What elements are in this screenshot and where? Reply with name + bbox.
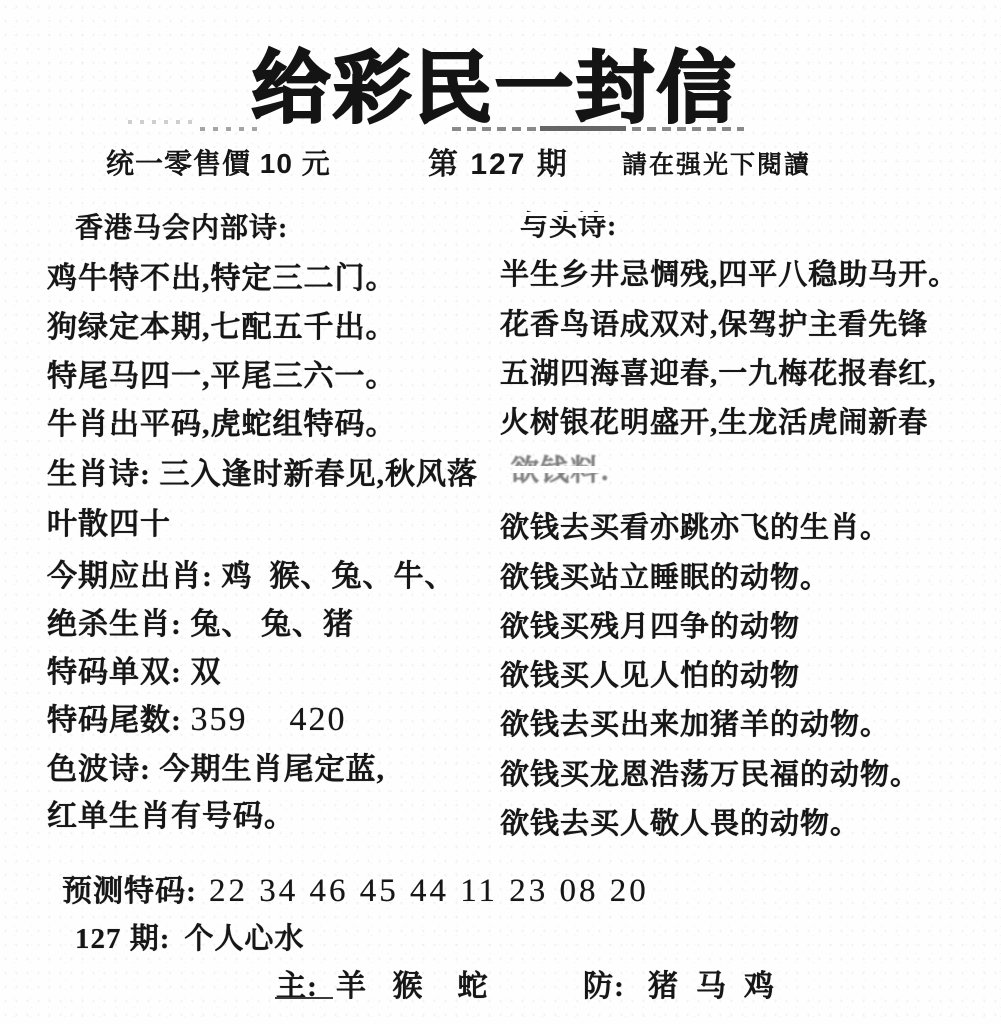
tail-number-line: 特码尾数: 359 420 [47,695,347,739]
zodiac-poem-line: 叶散四十 [47,499,171,543]
scan-smudge-artifact [200,127,258,131]
tail-numbers: 359 420 [191,701,347,738]
prediction-label: 预测特码: [62,875,197,908]
zodiac-poem-line: 生肖诗: 三入逢时新春见,秋风落 [47,449,478,493]
reading-notice: 請在强光下閱讀 [622,145,811,181]
expected-zodiac-line: 今期应出肖: 鸡 猴、兔、牛、 [47,551,456,595]
personal-pick-line: 127 期:个人心水 [75,916,304,957]
poem-line: 半生乡井忌惆残,四平八稳助马开。 [500,252,958,293]
guard-zodiac-value: 猪 马 鸡 [648,961,775,1005]
issue-number: 第 127 期 [428,139,569,183]
money-poem-line: 欲钱买站立睡眠的动物。 [500,555,830,596]
poem-line: 鸡牛特不出,特定三二门。 [47,253,397,297]
poem-line: 五湖四海喜迎春,一九梅花报春红, [500,351,937,392]
issue-label: 127 期: [75,923,170,955]
money-poem-line: 欲钱买龙恩浩荡万民福的动物。 [500,752,920,793]
color-wave-line: 色波诗: 今期生肖尾定蓝, [47,744,385,788]
odd-even-line: 特码单双: 双 [47,647,222,691]
right-column-header: 与头诗: [520,204,617,244]
poem-line: 花香鸟语成双对,保驾护主看先锋 [500,302,928,343]
price-label: 统一零售價 10 元 [106,142,331,182]
left-column-header: 香港马会内部诗: [75,206,288,246]
guard-zodiac-label: 防: [583,961,625,1005]
tail-label: 特码尾数: [47,704,191,737]
footer-underline-artifact [275,997,333,999]
main-zodiac-value: 羊 猴 蛇 [336,961,489,1005]
scan-smudge-artifact [128,120,200,124]
poem-line: 火树银花明盛开,生龙活虎闹新春 [500,400,928,441]
poem-line: 狗绿定本期,七配五千出。 [47,302,397,346]
page: 给彩民一封信 统一零售價 10 元 第 127 期 請在强光下閱讀 香港马会内部… [0,0,1001,1024]
money-poem-line: 欲钱买人见人怕的动物 [500,653,800,694]
faded-section-header: 欲钱料: [510,448,611,489]
money-poem-line: 欲钱去买看亦跳亦飞的生肖。 [500,505,890,546]
poem-line: 牛肖出平码,虎蛇组特码。 [47,399,397,443]
money-poem-line: 欲钱去买出来加猪羊的动物。 [500,702,890,743]
money-poem-line: 欲钱买残月四争的动物 [500,604,800,645]
page-title: 给彩民一封信 [252,26,738,138]
poem-line: 特尾马四一,平尾三六一。 [47,351,397,395]
money-poem-line: 欲钱去买人敬人畏的动物。 [500,801,860,842]
prediction-numbers: 22 34 46 45 44 11 23 08 20 [209,873,649,909]
prediction-line: 预测特码:22 34 46 45 44 11 23 08 20 [62,866,649,910]
issue-value: 个人心水 [184,923,304,955]
excluded-zodiac-line: 绝杀生肖: 兔、 兔、猪 [47,599,354,643]
color-wave-line: 红单生肖有号码。 [47,791,295,835]
